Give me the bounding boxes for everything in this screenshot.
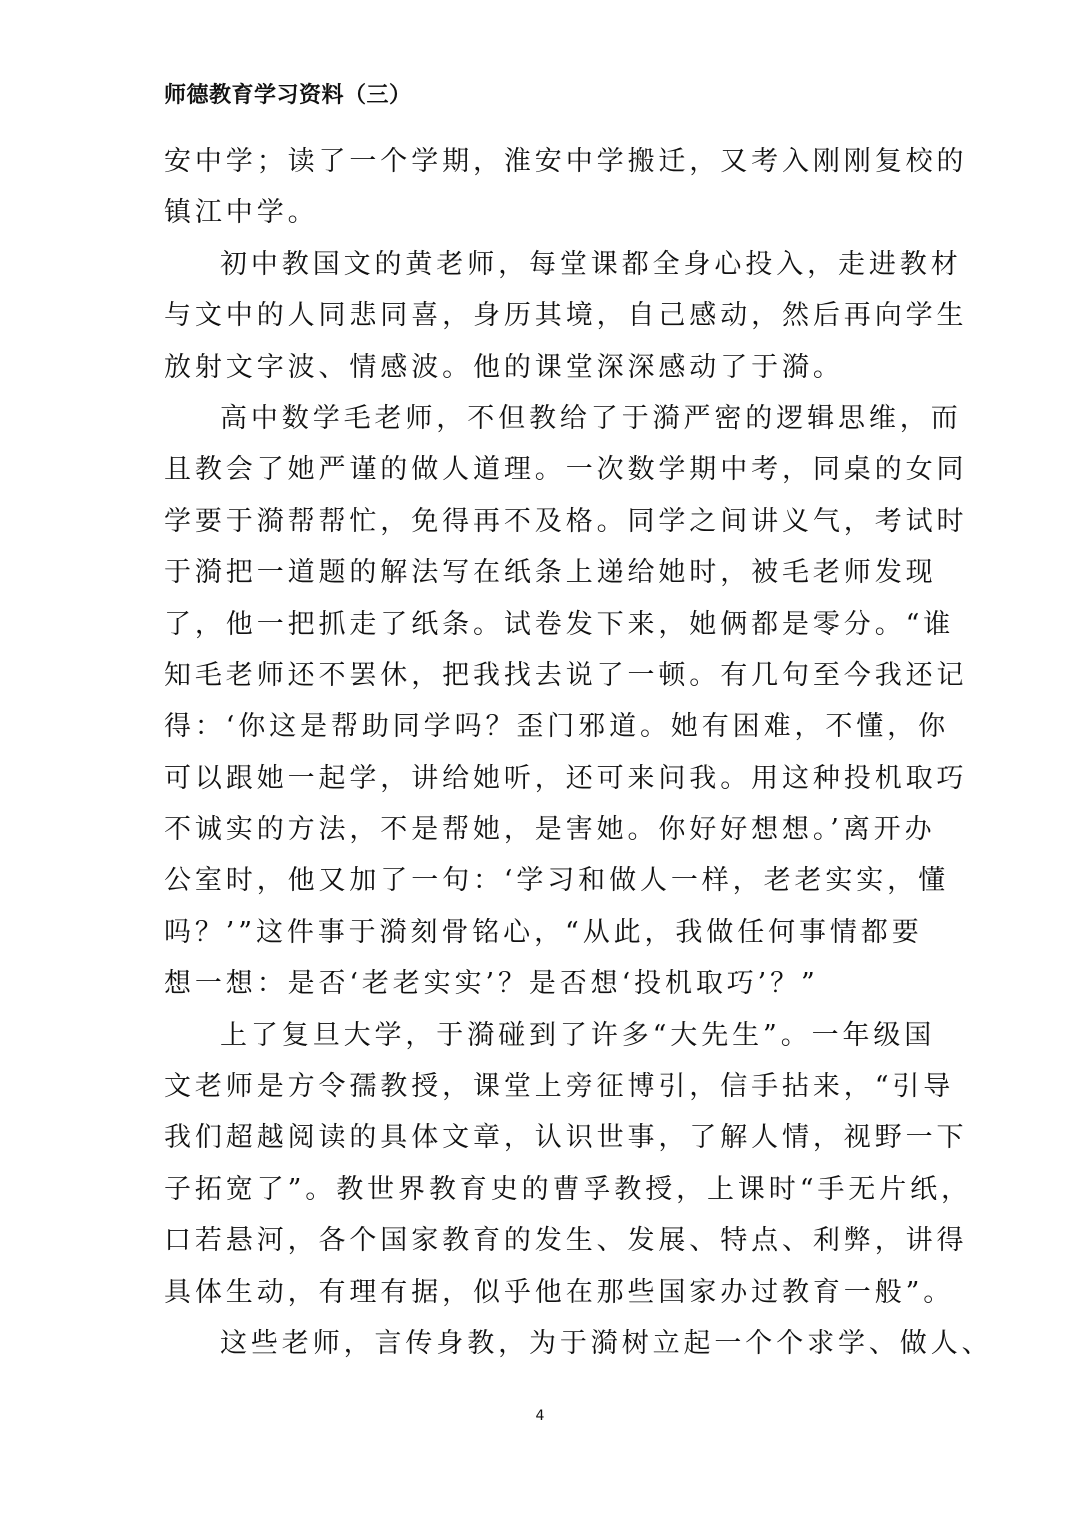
text-line: 这些老师，言传身教，为于漪树立起一个个求学、做人、	[164, 1318, 916, 1369]
text-line: 了，他一把抓走了纸条。试卷发下来，她俩都是零分。“谁	[164, 599, 916, 650]
text-line: 初中教国文的黄老师，每堂课都全身心投入，走进教材	[164, 239, 916, 290]
text-line: 镇江中学。	[164, 187, 916, 238]
text-line: 想一想：是否‘老老实实’？是否想‘投机取巧’？”	[164, 958, 916, 1009]
document-body: 安中学；读了一个学期，淮安中学搬迁，又考入刚刚复校的 镇江中学。 初中教国文的黄…	[164, 136, 916, 1369]
text-line: 得：‘你这是帮助同学吗？歪门邪道。她有困难，不懂，你	[164, 701, 916, 752]
text-line: 放射文字波、情感波。他的课堂深深感动了于漪。	[164, 342, 916, 393]
text-line: 于漪把一道题的解法写在纸条上递给她时，被毛老师发现	[164, 547, 916, 598]
text-line: 吗？’”这件事于漪刻骨铭心，“从此，我做任何事情都要	[164, 907, 916, 958]
text-line: 且教会了她严谨的做人道理。一次数学期中考，同桌的女同	[164, 444, 916, 495]
text-line: 安中学；读了一个学期，淮安中学搬迁，又考入刚刚复校的	[164, 136, 916, 187]
text-line: 口若悬河，各个国家教育的发生、发展、特点、利弊，讲得	[164, 1215, 916, 1266]
text-line: 公室时，他又加了一句：‘学习和做人一样，老老实实，懂	[164, 855, 916, 906]
text-line: 与文中的人同悲同喜，身历其境，自己感动，然后再向学生	[164, 290, 916, 341]
text-line: 高中数学毛老师，不但教给了于漪严密的逻辑思维，而	[164, 393, 916, 444]
text-line: 学要于漪帮帮忙，免得再不及格。同学之间讲义气，考试时	[164, 496, 916, 547]
text-line: 文老师是方令孺教授，课堂上旁征博引，信手拈来，“引导	[164, 1061, 916, 1112]
text-line: 我们超越阅读的具体文章，认识世事，了解人情，视野一下	[164, 1112, 916, 1163]
text-line: 上了复旦大学，于漪碰到了许多“大先生”。一年级国	[164, 1010, 916, 1061]
page-number: 4	[0, 1408, 1080, 1424]
text-line: 不诚实的方法，不是帮她，是害她。你好好想想。’离开办	[164, 804, 916, 855]
document-header-title: 师德教育学习资料（三）	[164, 78, 412, 109]
text-line: 知毛老师还不罢休，把我找去说了一顿。有几句至今我还记	[164, 650, 916, 701]
text-line: 子拓宽了”。教世界教育史的曹孚教授，上课时“手无片纸，	[164, 1164, 916, 1215]
text-line: 具体生动，有理有据，似乎他在那些国家办过教育一般”。	[164, 1267, 916, 1318]
text-line: 可以跟她一起学，讲给她听，还可来问我。用这种投机取巧	[164, 753, 916, 804]
